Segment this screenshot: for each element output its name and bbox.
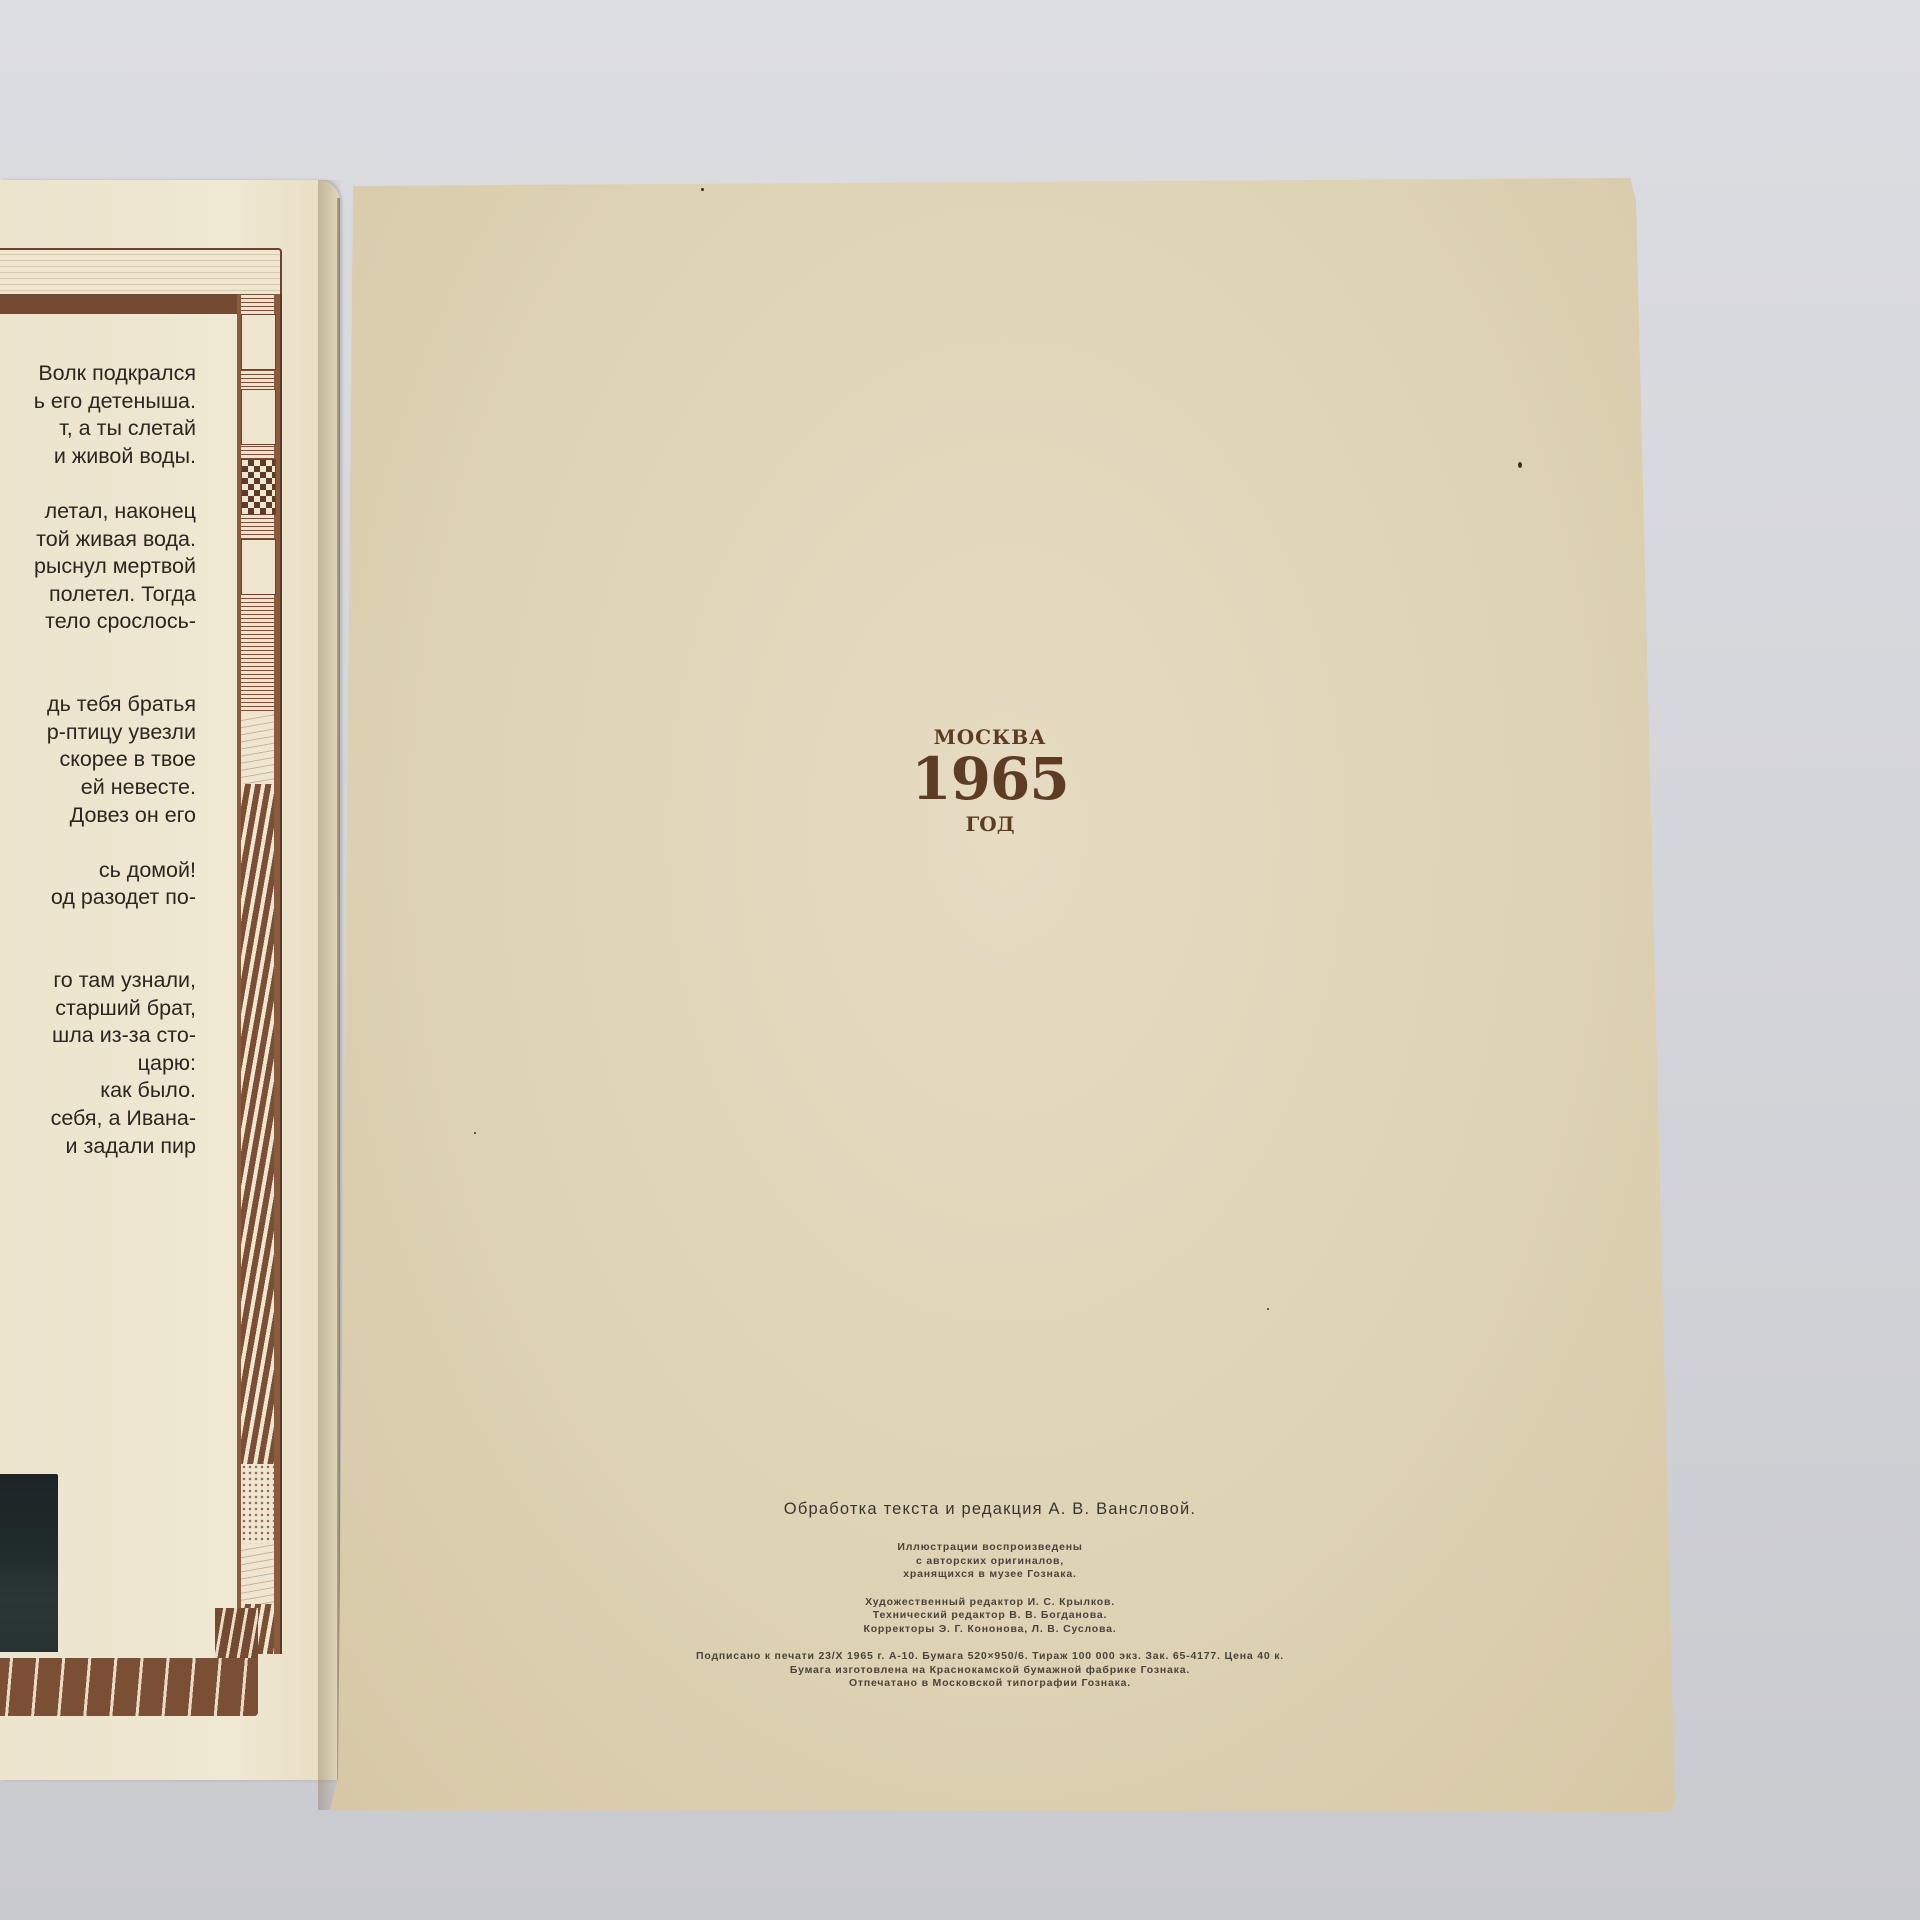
- ship-icon: [241, 389, 276, 445]
- text-line: скорее в твое: [0, 746, 196, 774]
- checkered-sail-ship-icon: [241, 459, 276, 515]
- colophon: Обработка текста и редакция А. В. Вансло…: [660, 1500, 1320, 1705]
- colophon-line: хранящихся в музее Гознака.: [660, 1568, 1320, 1582]
- colophon-line: Художественный редактор И. С. Крылков.: [660, 1596, 1320, 1610]
- imprint-year: 1965: [880, 750, 1100, 808]
- text-line: рыснул мертвой: [0, 553, 196, 581]
- text-line: полетел. Тогда: [0, 581, 196, 609]
- text-line: той живая вода.: [0, 526, 196, 554]
- text-line: Волк подкрался: [0, 360, 196, 388]
- text-line: и живой воды.: [0, 443, 196, 471]
- colophon-line: Корректоры Э. Г. Кононова, Л. В. Суслова…: [660, 1623, 1320, 1637]
- text-line: дь тебя братья: [0, 691, 196, 719]
- paper-speck: [1518, 462, 1522, 468]
- text-line: летал, наконец: [0, 498, 196, 526]
- paper-speck: [701, 188, 704, 191]
- text-line: [0, 664, 196, 692]
- illustrations-note: Иллюстрации воспроизведены с авторских о…: [660, 1541, 1320, 1582]
- text-editor-credit: Обработка текста и редакция А. В. Вансло…: [660, 1500, 1320, 1519]
- colophon-line: Технический редактор В. В. Богданова.: [660, 1609, 1320, 1623]
- frame-bottom-border: [0, 1658, 258, 1716]
- text-line: царю:: [0, 1050, 196, 1078]
- colophon-line: Бумага изготовлена на Краснокамской бума…: [660, 1664, 1320, 1678]
- text-line: шла из-за сто-: [0, 1022, 196, 1050]
- text-line: и задали пир: [0, 1133, 196, 1161]
- text-line: р-птицу увезли: [0, 719, 196, 747]
- text-line: себя, а Ивана-: [0, 1105, 196, 1133]
- meadow-ornament: [241, 714, 274, 784]
- publication-imprint: москва 1965 год: [880, 720, 1100, 836]
- paper-speck: [474, 1132, 476, 1134]
- text-line: ей невесте.: [0, 774, 196, 802]
- text-line: [0, 829, 196, 857]
- colophon-line: Подписано к печати 23/X 1965 г. А-10. Бу…: [660, 1650, 1320, 1664]
- frame-right-border: [237, 294, 282, 1654]
- text-line: как было.: [0, 1077, 196, 1105]
- text-line: тело срослось-: [0, 608, 196, 636]
- text-line: од разодет по-: [0, 884, 196, 912]
- colophon-line: Отпечатано в Московской типографии Гозна…: [660, 1677, 1320, 1691]
- text-line: т, а ты слетай: [0, 415, 196, 443]
- text-line: Довез он его: [0, 802, 196, 830]
- text-line: ь его детеныша.: [0, 388, 196, 416]
- text-line: [0, 939, 196, 967]
- frame-top-sketch-band: [0, 248, 282, 296]
- ship-icon: [241, 539, 276, 595]
- forest-ornament: [241, 784, 274, 1464]
- text-line: [0, 470, 196, 498]
- dark-illustration-fragment: [0, 1474, 58, 1652]
- left-book-page: Волк подкрался ь его детеныша. т, а ты с…: [0, 180, 340, 1780]
- book-spine-shadow: [318, 180, 342, 1810]
- text-line: сь домой!: [0, 857, 196, 885]
- paper-speck: [1267, 1308, 1269, 1310]
- text-line: го там узнали,: [0, 967, 196, 995]
- colophon-line: с авторских оригиналов,: [660, 1555, 1320, 1569]
- text-line: [0, 636, 196, 664]
- colophon-line: Иллюстрации воспроизведены: [660, 1541, 1320, 1555]
- text-line: [0, 912, 196, 940]
- text-line: старший брат,: [0, 995, 196, 1023]
- printing-details: Подписано к печати 23/X 1965 г. А-10. Бу…: [660, 1650, 1320, 1691]
- hills-ornament: [241, 1544, 274, 1604]
- story-text: Волк подкрался ь его детеныша. т, а ты с…: [0, 360, 196, 1160]
- staff-credits: Художественный редактор И. С. Крылков. Т…: [660, 1596, 1320, 1637]
- sky-ornament: [241, 1464, 274, 1544]
- ship-icon: [241, 314, 276, 370]
